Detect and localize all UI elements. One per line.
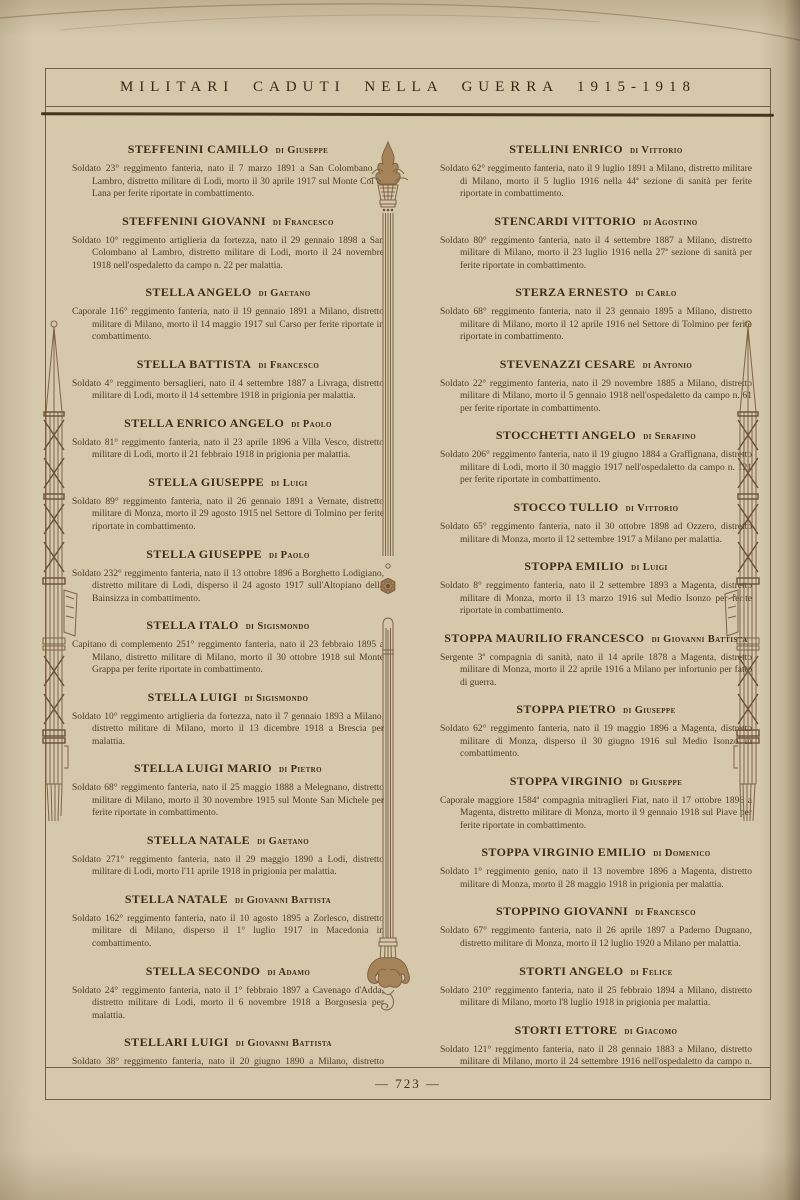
entry-body: Soldato 10° reggimento artiglieria da fo…	[72, 235, 384, 273]
page-frame: MILITARI CADUTI NELLA GUERRA 1915-1918 S…	[45, 68, 771, 1100]
entry-patronymic: di Felice	[628, 967, 673, 978]
entry-heading: STOPPA PIETRO di Giuseppe	[440, 700, 752, 718]
casualty-entry: STOPPA EMILIO di Luigi Soldato 8° reggim…	[440, 557, 752, 618]
entry-heading: STOCCHETTI ANGELO di Serafino	[440, 426, 752, 444]
entry-patronymic: di Vittorio	[623, 503, 679, 514]
entry-name: STOPPA PIETRO	[516, 702, 616, 716]
entry-heading: STELLA ANGELO di Gaetano	[72, 283, 384, 301]
casualty-entry: STELLA NATALE di Gaetano Soldato 271° re…	[72, 831, 384, 879]
entry-patronymic: di Francesco	[270, 217, 334, 228]
entry-name: STOCCO TULLIO	[514, 500, 619, 514]
left-column: STEFFENINI CAMILLO di Giuseppe Soldato 2…	[46, 117, 408, 1067]
scanned-book-page: { "page": { "title": "MILITARI CADUTI NE…	[0, 0, 800, 1200]
entry-body: Sergente 3ª compagnia di sanità, nato il…	[440, 652, 752, 690]
casualty-entry: STEVENAZZI CESARE di Antonio Soldato 22°…	[440, 355, 752, 416]
entry-patronymic: di Sigismondo	[241, 693, 308, 704]
entry-body: Soldato 65° reggimento fanteria, nato il…	[440, 521, 752, 546]
entry-heading: STOPPA EMILIO di Luigi	[440, 557, 752, 575]
casualty-entry: STOPPA PIETRO di Giuseppe Soldato 62° re…	[440, 700, 752, 761]
casualty-entry: STEFFENINI GIOVANNI di Francesco Soldato…	[72, 212, 384, 273]
entry-name: STELLA NATALE	[125, 892, 228, 906]
entry-heading: STELLARI LUIGI di Giovanni Battista	[72, 1033, 384, 1051]
casualty-entry: STELLA ANGELO di Gaetano Caporale 116° r…	[72, 283, 384, 344]
entry-body: Soldato 68° reggimento fanteria, nato il…	[72, 782, 384, 820]
entry-name: STELLA ENRICO ANGELO	[124, 416, 284, 430]
entry-patronymic: di Giovanni Battista	[649, 634, 748, 645]
casualty-entry: STOPPA MAURILIO FRANCESCO di Giovanni Ba…	[440, 629, 752, 690]
entry-patronymic: di Domenico	[650, 848, 710, 859]
entry-patronymic: di Gaetano	[256, 288, 311, 299]
entry-body: Soldato 23° reggimento fanteria, nato il…	[72, 163, 384, 201]
entry-name: STEVENAZZI CESARE	[500, 357, 636, 371]
entry-heading: STORTI ETTORE di Giacomo	[440, 1021, 752, 1039]
casualty-entry: STORTI ETTORE di Giacomo Soldato 121° re…	[440, 1021, 752, 1067]
entry-heading: STERZA ERNESTO di Carlo	[440, 283, 752, 301]
entry-heading: STELLA ITALO di Sigismondo	[72, 616, 384, 634]
entry-heading: STELLA SECONDO di Adamo	[72, 962, 384, 980]
entry-heading: STELLA BATTISTA di Francesco	[72, 355, 384, 373]
entry-patronymic: di Giuseppe	[273, 145, 329, 156]
entry-name: STORTI ANGELO	[519, 964, 623, 978]
entry-body: Soldato 10° reggimento artiglieria da fo…	[72, 711, 384, 749]
casualty-entry: STELLARI LUIGI di Giovanni Battista Sold…	[72, 1033, 384, 1067]
entry-name: STELLA ANGELO	[145, 285, 251, 299]
entry-heading: STOPPA MAURILIO FRANCESCO di Giovanni Ba…	[440, 629, 752, 647]
casualty-entry: STOPPA VIRGINIO EMILIO di Domenico Solda…	[440, 843, 752, 891]
entry-body: Soldato 24° reggimento fanteria, nato il…	[72, 985, 384, 1023]
entry-name: STELLARI LUIGI	[124, 1035, 229, 1049]
entry-body: Soldato 38° reggimento fanteria, nato il…	[72, 1056, 384, 1067]
entry-heading: STOPPA VIRGINIO di Giuseppe	[440, 772, 752, 790]
entry-heading: STELLINI ENRICO di Vittorio	[440, 140, 752, 158]
entry-name: STENCARDI VITTORIO	[494, 214, 636, 228]
entry-body: Soldato 121° reggimento fanteria, nato i…	[440, 1044, 752, 1067]
entry-patronymic: di Sigismondo	[243, 621, 310, 632]
entry-heading: STEFFENINI CAMILLO di Giuseppe	[72, 140, 384, 158]
entry-heading: STELLA LUIGI di Sigismondo	[72, 688, 384, 706]
right-column: STELLINI ENRICO di Vittorio Soldato 62° …	[408, 117, 770, 1067]
footer-band: — 723 —	[46, 1067, 770, 1099]
entry-patronymic: di Francesco	[632, 907, 696, 918]
entry-body: Soldato 89° reggimento fanteria, nato il…	[72, 496, 384, 534]
entry-body: Soldato 232° reggimento fanteria, nato i…	[72, 568, 384, 606]
casualty-entry: STORTI ANGELO di Felice Soldato 210° reg…	[440, 962, 752, 1010]
entry-name: STELLA LUIGI MARIO	[134, 761, 272, 775]
entry-heading: STELLA GIUSEPPE di Luigi	[72, 473, 384, 491]
entry-name: STERZA ERNESTO	[515, 285, 628, 299]
entry-body: Soldato 81° reggimento fanteria, nato il…	[72, 437, 384, 462]
entry-name: STELLA LUIGI	[148, 690, 238, 704]
entry-name: STOPPA EMILIO	[524, 559, 624, 573]
entry-heading: STELLA GIUSEPPE di Paolo	[72, 545, 384, 563]
entry-body: Soldato 62° reggimento fanteria, nato il…	[440, 163, 752, 201]
entry-patronymic: di Paolo	[288, 419, 332, 430]
entry-name: STELLA GIUSEPPE	[146, 547, 262, 561]
entry-body: Soldato 1° reggimento genio, nato il 13 …	[440, 866, 752, 891]
entry-heading: STOPPA VIRGINIO EMILIO di Domenico	[440, 843, 752, 861]
entry-patronymic: di Gaetano	[254, 836, 309, 847]
casualty-entry: STELLA GIUSEPPE di Luigi Soldato 89° reg…	[72, 473, 384, 534]
casualty-entry: STOPPA VIRGINIO di Giuseppe Caporale mag…	[440, 772, 752, 833]
title-band: MILITARI CADUTI NELLA GUERRA 1915-1918	[46, 69, 770, 107]
casualty-entry: STOCCO TULLIO di Vittorio Soldato 65° re…	[440, 498, 752, 546]
entry-patronymic: di Giacomo	[621, 1026, 677, 1037]
casualty-entry: STEFFENINI CAMILLO di Giuseppe Soldato 2…	[72, 140, 384, 201]
entry-name: STEFFENINI CAMILLO	[128, 142, 269, 156]
entry-name: STOPPA VIRGINIO EMILIO	[481, 845, 646, 859]
entry-body: Soldato 68° reggimento fanteria, nato il…	[440, 306, 752, 344]
entry-heading: STELLA NATALE di Giovanni Battista	[72, 890, 384, 908]
entry-patronymic: di Adamo	[264, 967, 310, 978]
entry-patronymic: di Luigi	[268, 478, 308, 489]
entry-body: Soldato 162° reggimento fanteria, nato i…	[72, 913, 384, 951]
entry-heading: STOPPINO GIOVANNI di Francesco	[440, 902, 752, 920]
casualty-entry: STELLA SECONDO di Adamo Soldato 24° regg…	[72, 962, 384, 1023]
entry-body: Soldato 271° reggimento fanteria, nato i…	[72, 854, 384, 879]
casualty-entry: STELLINI ENRICO di Vittorio Soldato 62° …	[440, 140, 752, 201]
entry-name: STELLA SECONDO	[146, 964, 261, 978]
page-number: — 723 —	[375, 1076, 441, 1092]
casualty-entry: STELLA LUIGI di Sigismondo Soldato 10° r…	[72, 688, 384, 749]
entry-body: Soldato 62° reggimento fanteria, nato il…	[440, 723, 752, 761]
entry-body: Caporale maggiore 1584ª compagnia mitrag…	[440, 795, 752, 833]
casualty-entry: STOCCHETTI ANGELO di Serafino Soldato 20…	[440, 426, 752, 487]
casualty-entry: STELLA ENRICO ANGELO di Paolo Soldato 81…	[72, 414, 384, 462]
entry-body: Soldato 22° reggimento fanteria, nato il…	[440, 378, 752, 416]
two-column-content: STEFFENINI CAMILLO di Giuseppe Soldato 2…	[46, 117, 770, 1067]
entry-heading: STELLA LUIGI MARIO di Pietro	[72, 759, 384, 777]
entry-patronymic: di Vittorio	[627, 145, 683, 156]
page-title: MILITARI CADUTI NELLA GUERRA 1915-1918	[120, 79, 696, 96]
entry-body: Soldato 80° reggimento fanteria, nato il…	[440, 235, 752, 273]
scan-artifact-lines	[0, 0, 800, 60]
entry-heading: STEVENAZZI CESARE di Antonio	[440, 355, 752, 373]
entry-heading: STELLA ENRICO ANGELO di Paolo	[72, 414, 384, 432]
entry-body: Caporale 116° reggimento fanteria, nato …	[72, 306, 384, 344]
entry-patronymic: di Paolo	[266, 550, 310, 561]
entry-name: STOCCHETTI ANGELO	[496, 428, 636, 442]
entry-patronymic: di Giovanni Battista	[233, 1038, 332, 1049]
entry-patronymic: di Serafino	[640, 431, 696, 442]
casualty-entry: STELLA GIUSEPPE di Paolo Soldato 232° re…	[72, 545, 384, 606]
entry-patronymic: di Francesco	[255, 360, 319, 371]
entry-patronymic: di Antonio	[640, 360, 693, 371]
entry-body: Soldato 206° reggimento fanteria, nato i…	[440, 449, 752, 487]
entry-name: STELLA ITALO	[146, 618, 238, 632]
entry-patronymic: di Giovanni Battista	[232, 895, 331, 906]
entry-heading: STEFFENINI GIOVANNI di Francesco	[72, 212, 384, 230]
entry-name: STOPPINO GIOVANNI	[496, 904, 628, 918]
casualty-entry: STELLA BATTISTA di Francesco Soldato 4° …	[72, 355, 384, 403]
entry-name: STELLA BATTISTA	[137, 357, 252, 371]
entry-patronymic: di Giuseppe	[620, 705, 676, 716]
entry-heading: STORTI ANGELO di Felice	[440, 962, 752, 980]
entry-heading: STOCCO TULLIO di Vittorio	[440, 498, 752, 516]
entry-name: STELLINI ENRICO	[509, 142, 623, 156]
entry-name: STELLA GIUSEPPE	[148, 475, 264, 489]
casualty-entry: STERZA ERNESTO di Carlo Soldato 68° regg…	[440, 283, 752, 344]
entry-body: Soldato 210° reggimento fanteria, nato i…	[440, 985, 752, 1010]
entry-name: STOPPA MAURILIO FRANCESCO	[444, 631, 644, 645]
casualty-entry: STENCARDI VITTORIO di Agostino Soldato 8…	[440, 212, 752, 273]
entry-heading: STELLA NATALE di Gaetano	[72, 831, 384, 849]
entry-patronymic: di Carlo	[632, 288, 676, 299]
entry-patronymic: di Giuseppe	[627, 777, 683, 788]
entry-name: STELLA NATALE	[147, 833, 250, 847]
entry-patronymic: di Luigi	[628, 562, 668, 573]
entry-patronymic: di Agostino	[640, 217, 698, 228]
entry-body: Soldato 8° reggimento fanteria, nato il …	[440, 580, 752, 618]
entry-heading: STENCARDI VITTORIO di Agostino	[440, 212, 752, 230]
entry-body: Soldato 4° reggimento bersaglieri, nato …	[72, 378, 384, 403]
entry-name: STEFFENINI GIOVANNI	[122, 214, 266, 228]
casualty-entry: STELLA LUIGI MARIO di Pietro Soldato 68°…	[72, 759, 384, 820]
casualty-entry: STELLA NATALE di Giovanni Battista Solda…	[72, 890, 384, 951]
entry-patronymic: di Pietro	[276, 764, 322, 775]
entry-body: Capitano di complemento 251° reggimento …	[72, 639, 384, 677]
casualty-entry: STELLA ITALO di Sigismondo Capitano di c…	[72, 616, 384, 677]
entry-body: Soldato 67° reggimento fanteria, nato il…	[440, 925, 752, 950]
entry-name: STORTI ETTORE	[515, 1023, 618, 1037]
entry-name: STOPPA VIRGINIO	[510, 774, 623, 788]
casualty-entry: STOPPINO GIOVANNI di Francesco Soldato 6…	[440, 902, 752, 950]
